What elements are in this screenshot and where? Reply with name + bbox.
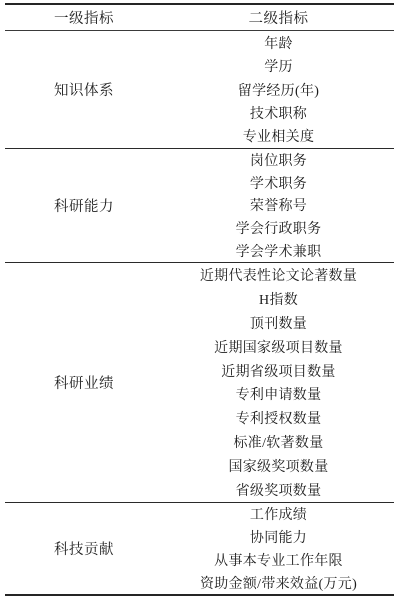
indicator-table: 一级指标 二级指标 知识体系 年龄 学历 留学经历(年) 技术职称 专业相关度 … [5, 3, 394, 596]
header-second-level-indicator: 二级指标 [163, 5, 394, 30]
group-label-research-performance: 科研业绩 [5, 263, 163, 502]
table-row: 学术职务 [163, 172, 394, 195]
table-header-row: 一级指标 二级指标 [5, 5, 394, 31]
table-row: 资助金额/带来效益(万元) [163, 571, 394, 594]
table-row: 省级奖项数量 [163, 478, 394, 502]
table-row: 工作成绩 [163, 503, 394, 526]
table-row: 年龄 [163, 31, 394, 54]
table-row: 国家级奖项数量 [163, 454, 394, 478]
group-label-knowledge-system: 知识体系 [5, 31, 163, 148]
table-row: H指数 [163, 287, 394, 311]
group-research-ability: 科研能力 岗位职务 学术职务 荣誉称号 学会行政职务 学会学术兼职 [5, 148, 394, 262]
table-row: 学会学术兼职 [163, 239, 394, 262]
table-row: 专业相关度 [163, 125, 394, 148]
table-row: 专利授权数量 [163, 406, 394, 430]
table-row: 从事本专业工作年限 [163, 549, 394, 572]
group-label-research-ability: 科研能力 [5, 149, 163, 262]
group-items: 年龄 学历 留学经历(年) 技术职称 专业相关度 [163, 31, 394, 148]
table-row: 学会行政职务 [163, 217, 394, 240]
table-row: 近期国家级项目数量 [163, 335, 394, 359]
table-row: 学历 [163, 54, 394, 77]
group-items: 工作成绩 协同能力 从事本专业工作年限 资助金额/带来效益(万元) [163, 503, 394, 594]
table-row: 标准/软著数量 [163, 430, 394, 454]
table-row: 留学经历(年) [163, 78, 394, 101]
table-row: 技术职称 [163, 101, 394, 124]
group-label-tech-contribution: 科技贡献 [5, 503, 163, 594]
table-row: 近期省级项目数量 [163, 359, 394, 383]
table-row: 专利申请数量 [163, 383, 394, 407]
table-row: 近期代表性论文论著数量 [163, 263, 394, 287]
table-row: 荣誉称号 [163, 194, 394, 217]
group-research-performance: 科研业绩 近期代表性论文论著数量 H指数 顶刊数量 近期国家级项目数量 近期省级… [5, 262, 394, 502]
table-row: 岗位职务 [163, 149, 394, 172]
paper-table-page: 一级指标 二级指标 知识体系 年龄 学历 留学经历(年) 技术职称 专业相关度 … [0, 0, 400, 603]
group-knowledge-system: 知识体系 年龄 学历 留学经历(年) 技术职称 专业相关度 [5, 31, 394, 148]
group-items: 岗位职务 学术职务 荣誉称号 学会行政职务 学会学术兼职 [163, 149, 394, 262]
group-tech-contribution: 科技贡献 工作成绩 协同能力 从事本专业工作年限 资助金额/带来效益(万元) [5, 502, 394, 594]
group-items: 近期代表性论文论著数量 H指数 顶刊数量 近期国家级项目数量 近期省级项目数量 … [163, 263, 394, 502]
table-row: 协同能力 [163, 526, 394, 549]
header-first-level-indicator: 一级指标 [5, 5, 163, 30]
table-row: 顶刊数量 [163, 311, 394, 335]
